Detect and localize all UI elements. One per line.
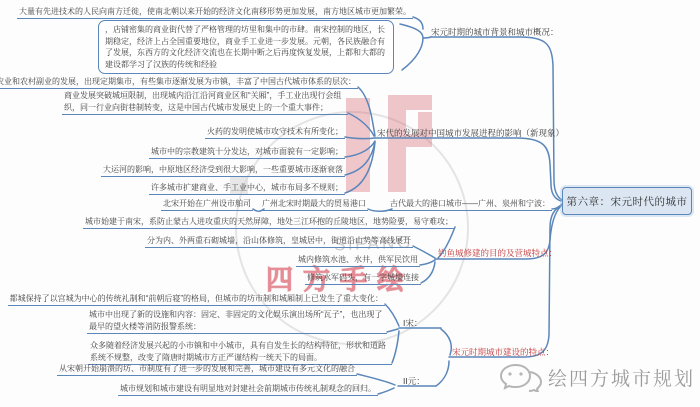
node-song-towns[interactable]: 众多随着经济发展兴起的小市镇和中小城市，具有自发生长的结构特征，形状和道路系统不… <box>88 340 392 365</box>
node-religion[interactable]: 城市中的宗教建筑十分发达，对城市面貌有一定影响； <box>149 147 345 159</box>
label-yuan[interactable]: II元： <box>403 376 425 386</box>
node-yuan-fangshi[interactable]: 从宋朝开始崩溃的坊、市制度有了进一步的发展和完善，城市建设有多元文化的融合 <box>57 364 357 376</box>
node-shibosi[interactable]: 北宋开始在广州设市舶司 <box>161 199 253 211</box>
label-features[interactable]: 宋元时期城市建设的特点： <box>452 347 554 357</box>
node-diaoyu-walls[interactable]: 分为内、外两重石砌城墙，沿山体修筑，皇城居中，街道沿山势等高线展开 <box>145 236 413 248</box>
node-diaoyu-dock[interactable]: 修筑水军码头，有一字城墙连接 <box>305 273 421 285</box>
node-ports-label[interactable]: 古代最大的港口城市——广州、泉州和宁波： <box>388 199 552 211</box>
node-song-capital[interactable]: 都城保持了以宫城为中心的传统礼制和“前朝后寝”的格局，但城市的坊市制和城厢制上已… <box>8 294 385 306</box>
node-migration[interactable]: 大量有先进技术的人民向南方迁徙，使南北朝以来开始的经济文化南移形势更加发展，南方… <box>17 7 413 19</box>
root-node[interactable]: 第六章：宋元时代的城市 <box>562 187 692 215</box>
node-overview-box[interactable]: ，店铺密集的商业街代替了严格管理的坊里和集中的市肆。南宋控制的地区，长期稳定，经… <box>98 20 394 74</box>
wechat-icon <box>498 362 544 392</box>
mindmap-canvas: SiFANG 四方手绘 <box>0 0 700 407</box>
node-gunpowder[interactable]: 火药的发明使城市攻守技术有所变化； <box>205 127 345 139</box>
footer-watermark-text: 绘四方城市规划 <box>548 364 695 391</box>
watermark-logo <box>346 95 432 192</box>
node-yuan-ritual[interactable]: 城市规划和城市建设有明显地对封建社会前期城市传统礼制观念的回归。 <box>118 384 378 396</box>
node-trade-port[interactable]: 广州北宋时期最大的贸易港口 <box>260 199 368 211</box>
node-song-facilities[interactable]: 城市中出现了新的设施和内容：固定、非固定的文化娱乐演出场所“瓦子”，也出现了最早… <box>87 309 387 334</box>
label-diaoyu[interactable]: 钓鱼城修建的目的及营城特点： <box>438 248 557 258</box>
node-expansion[interactable]: 许多城市扩建商业、手工业中心，城市布局多不规则； <box>149 183 345 195</box>
label-influence[interactable]: 宋代的发展对中国城市发展进程的影响（新现象） <box>377 128 564 138</box>
label-overview[interactable]: 宋元时期的城市背景和城市概况： <box>431 27 559 37</box>
label-song[interactable]: I宋： <box>403 318 422 328</box>
node-commerce[interactable]: 商业发展突破城垣限制，出现城内沿江沿河商业区和“关厢”，手工业出现行会组织，同一… <box>62 90 348 115</box>
node-canal[interactable]: 大运河的影响，中原地区经济受到很大影响，一些重要城市逐渐衰落 <box>101 165 345 177</box>
footer-watermark: 绘四方城市规划 <box>498 362 695 392</box>
node-diaoyu-water[interactable]: 城内修筑水池、水井，供军民饮用 <box>296 255 420 267</box>
node-diaoyu-origin[interactable]: 城市始建于南宋，系防止蒙古人进攻重庆的天然屏障，地处三江环抱的丘陵地区，地势险要… <box>83 217 455 229</box>
node-markets[interactable]: 随着农业和农村副业的发展，出现定期集市，有些集市逐渐发展为市镇，丰富了中国古代城… <box>0 77 358 89</box>
